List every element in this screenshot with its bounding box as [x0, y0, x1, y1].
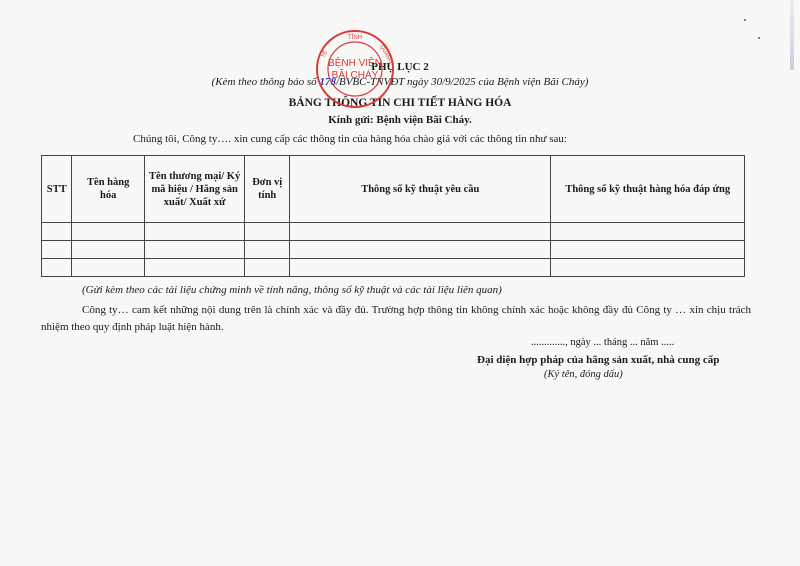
- table-cell: [145, 259, 245, 277]
- stamp-top-text: TỈNH: [348, 34, 362, 41]
- addressee: Kính gửi: Bệnh viện Bãi Cháy.: [0, 114, 800, 126]
- stamp-left-text: TẾ: [320, 49, 330, 59]
- reference-prefix: (Kèm theo thông báo số: [212, 76, 320, 88]
- col-header-goods-name: Tên hàng hóa: [72, 156, 145, 223]
- commitment-paragraph: Công ty… cam kết những nội dung trên là …: [41, 302, 751, 336]
- table-cell: [551, 241, 745, 259]
- goods-detail-table: STT Tên hàng hóa Tên thương mại/ Ký mã h…: [41, 155, 745, 277]
- reference-number: /BVBC-TNVĐT ngày 30/9/2025 của Bệnh viện…: [336, 76, 588, 88]
- table-cell: [145, 223, 245, 241]
- intro-paragraph: Chúng tôi, Công ty…. xin cung cấp các th…: [133, 133, 567, 145]
- appendix-title: PHỤ LỤC 2: [0, 61, 800, 73]
- col-header-required-specs: Thông số kỹ thuật yêu cầu: [290, 156, 551, 223]
- table-row: [42, 223, 745, 241]
- document-page: PHỤ LỤC 2 (Kèm theo thông báo số 178/BVB…: [0, 0, 800, 566]
- table-row: [42, 259, 745, 277]
- table-cell: [551, 259, 745, 277]
- col-header-stt: STT: [42, 156, 72, 223]
- col-header-unit: Đơn vị tính: [245, 156, 290, 223]
- signature-instruction: (Ký tên, đóng dấu): [544, 369, 623, 380]
- reference-line: (Kèm theo thông báo số 178/BVBC-TNVĐT ng…: [0, 76, 800, 88]
- scan-speck: [758, 37, 760, 39]
- table-cell: [245, 223, 290, 241]
- table-cell: [245, 241, 290, 259]
- handwritten-number: 178: [319, 76, 336, 88]
- scan-edge-shadow: [790, 0, 794, 70]
- table-cell: [72, 259, 145, 277]
- table-cell: [290, 223, 551, 241]
- table-cell: [42, 223, 72, 241]
- table-cell: [290, 259, 551, 277]
- table-cell: [245, 259, 290, 277]
- col-header-offered-specs: Thông số kỹ thuật hàng hóa đáp ứng: [551, 156, 745, 223]
- table-cell: [72, 223, 145, 241]
- table-cell: [551, 223, 745, 241]
- table-row: [42, 241, 745, 259]
- table-cell: [290, 241, 551, 259]
- attachment-note: (Gửi kèm theo các tài liệu chứng minh về…: [82, 284, 502, 296]
- table-cell: [42, 241, 72, 259]
- representative-title: Đại diện hợp pháp của hãng sản xuất, nhà…: [477, 354, 719, 366]
- date-line: ............., ngày ... tháng ... năm ..…: [531, 337, 674, 348]
- table-cell: [145, 241, 245, 259]
- scan-speck: [744, 19, 746, 21]
- table-cell: [72, 241, 145, 259]
- col-header-trade-name: Tên thương mại/ Ký mã hiệu / Hãng sản xu…: [145, 156, 245, 223]
- table-cell: [42, 259, 72, 277]
- table-title: BẢNG THÔNG TIN CHI TIẾT HÀNG HÓA: [0, 97, 800, 109]
- table-header-row: STT Tên hàng hóa Tên thương mại/ Ký mã h…: [42, 156, 745, 223]
